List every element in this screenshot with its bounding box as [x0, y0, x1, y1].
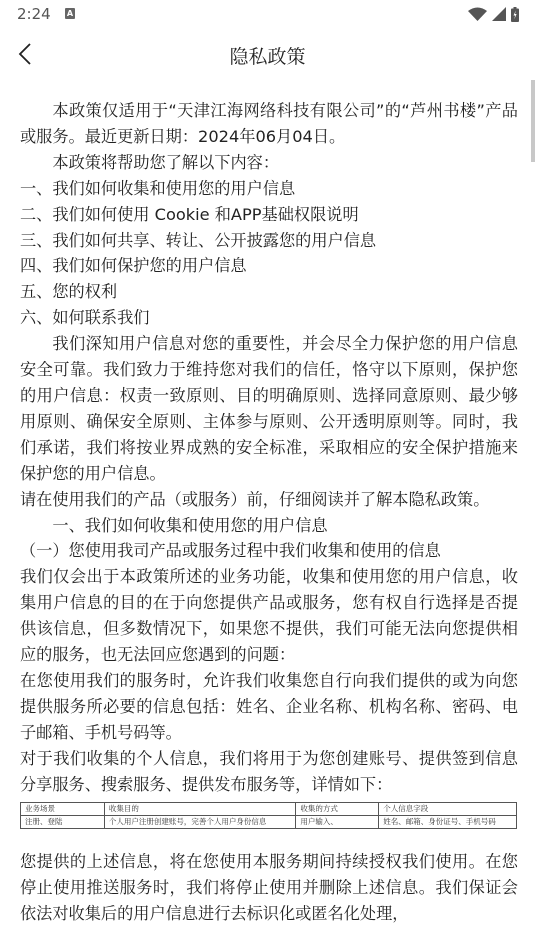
table-header: 收集目的: [104, 803, 296, 816]
toc-item: 四、我们如何保护您的用户信息: [20, 253, 518, 279]
toc-item: 六、如何联系我们: [20, 305, 518, 331]
scrollbar[interactable]: [531, 80, 535, 162]
battery-charging-icon: [511, 7, 519, 22]
toc-item: 五、您的权利: [20, 279, 518, 305]
status-time: 2:24: [17, 5, 51, 23]
overview-paragraph: 本政策将帮助您了解以下内容：: [20, 150, 518, 176]
signal-icon: [492, 7, 506, 21]
table-cell: 注册、登陆: [21, 816, 105, 829]
policy-content: 本政策仅适用于“天津江海网络科技有限公司”的“芦州书楼”产品或服务。最近更新日期…: [20, 98, 518, 927]
toc-item: 二、我们如何使用 Cookie 和APP基础权限说明: [20, 202, 518, 228]
table-header: 业务场景: [21, 803, 105, 816]
section-paragraph: 对于我们收集的个人信息，我们将用于为您创建账号、提供签到信息分享服务、搜索服务、…: [20, 746, 518, 798]
toc-item: 一、我们如何收集和使用您的用户信息: [20, 176, 518, 202]
table-header: 个人信息字段: [379, 803, 517, 816]
nav-bar: 隐私政策: [0, 30, 535, 80]
table-cell: 姓名、邮箱、身份证号、手机号码: [379, 816, 517, 829]
table-header: 收集的方式: [296, 803, 379, 816]
status-icons: [468, 6, 519, 22]
table-header-row: 业务场景 收集目的 收集的方式 个人信息字段: [21, 803, 517, 816]
toc-item: 三、我们如何共享、转让、公开披露您的用户信息: [20, 228, 518, 254]
table-row: 注册、登陆 个人用户注册创建账号，完善个人用户身份信息 用户输入、 姓名、邮箱、…: [21, 816, 517, 829]
wifi-icon: [468, 7, 487, 21]
table-cell: 个人用户注册创建账号，完善个人用户身份信息: [104, 816, 296, 829]
table-cell: 用户输入、: [296, 816, 379, 829]
section-paragraph: 在您使用我们的服务时，允许我们收集您自行向我们提供的或为向您提供服务所必要的信息…: [20, 668, 518, 746]
section-subtitle: （一）您使用我司产品或服务过程中我们收集和使用的信息: [20, 538, 518, 564]
data-collection-table: 业务场景 收集目的 收集的方式 个人信息字段 注册、登陆 个人用户注册创建账号，…: [20, 802, 517, 829]
section-title: 一、我们如何收集和使用您的用户信息: [20, 513, 518, 539]
intro-paragraph: 我们深知用户信息对您的重要性，并会尽全力保护您的用户信息安全可靠。我们致力于维持…: [20, 331, 518, 486]
section-paragraph: 您提供的上述信息，将在您使用本服务期间持续授权我们使用。在您停止使用推送服务时，…: [20, 849, 518, 927]
section-paragraph: 我们仅会出于本政策所述的业务功能，收集和使用您的用户信息，收集用户信息的目的在于…: [20, 564, 518, 668]
notification-icon: A: [65, 8, 75, 19]
page-title: 隐私政策: [0, 42, 535, 69]
status-bar: 2:24 A: [0, 0, 535, 30]
read-notice: 请在使用我们的产品（或服务）前，仔细阅读并了解本隐私政策。: [20, 487, 518, 513]
scope-paragraph: 本政策仅适用于“天津江海网络科技有限公司”的“芦州书楼”产品或服务。最近更新日期…: [20, 98, 518, 150]
